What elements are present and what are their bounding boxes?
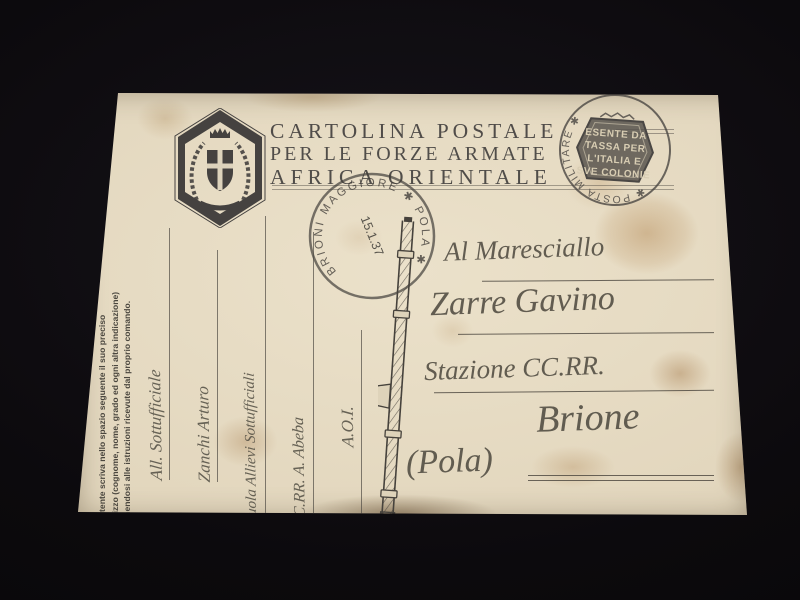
franchise-stamp: ✱ POSTA MILITARE ✱ ESENTE DA TASSA PER L…	[553, 88, 677, 212]
instructions-line-1: Il mittente scriva nello spazio seguente…	[96, 202, 109, 532]
sender-line: Scuola Allievi Sottufficiali	[238, 216, 266, 530]
address-line: Stazione CC.RR.	[424, 350, 606, 387]
address-rule-double	[528, 475, 714, 481]
photo-background: CARTOLINA POSTALE PER LE FORZE ARMATE AF…	[0, 0, 800, 600]
address-line: (Pola)	[405, 441, 493, 482]
crown-icon	[210, 128, 230, 138]
sender-line: Zanchi Arturo	[190, 250, 218, 482]
address-rule	[458, 332, 714, 335]
sender-line: CC.RR. A. Abeba	[286, 232, 314, 528]
header-line-2: PER LE FORZE ARMATE	[270, 143, 557, 166]
address-line: Al Maresciallo	[444, 231, 605, 268]
sender-line: A.O.I.	[334, 330, 362, 522]
instructions-line-2: indirizzo (cognome, nome, grado ed ogni …	[109, 202, 122, 532]
header-line-1: CARTOLINA POSTALE	[270, 120, 557, 143]
address-line: Zarre Gavino	[429, 280, 615, 324]
postcard: CARTOLINA POSTALE PER LE FORZE ARMATE AF…	[78, 93, 747, 518]
sender-line: All. Sottufficiale	[142, 228, 170, 480]
sender-address-block: All. Sottufficiale Zanchi Arturo Scuola …	[136, 206, 382, 538]
sender-instructions: Il mittente scriva nello spazio seguente…	[96, 202, 136, 532]
instructions-line-3: attenendosi alle istruzioni ricevute dal…	[121, 202, 134, 532]
savoy-shield-icon	[207, 150, 233, 191]
address-rule	[434, 390, 714, 393]
address-line: Brione	[535, 394, 640, 442]
